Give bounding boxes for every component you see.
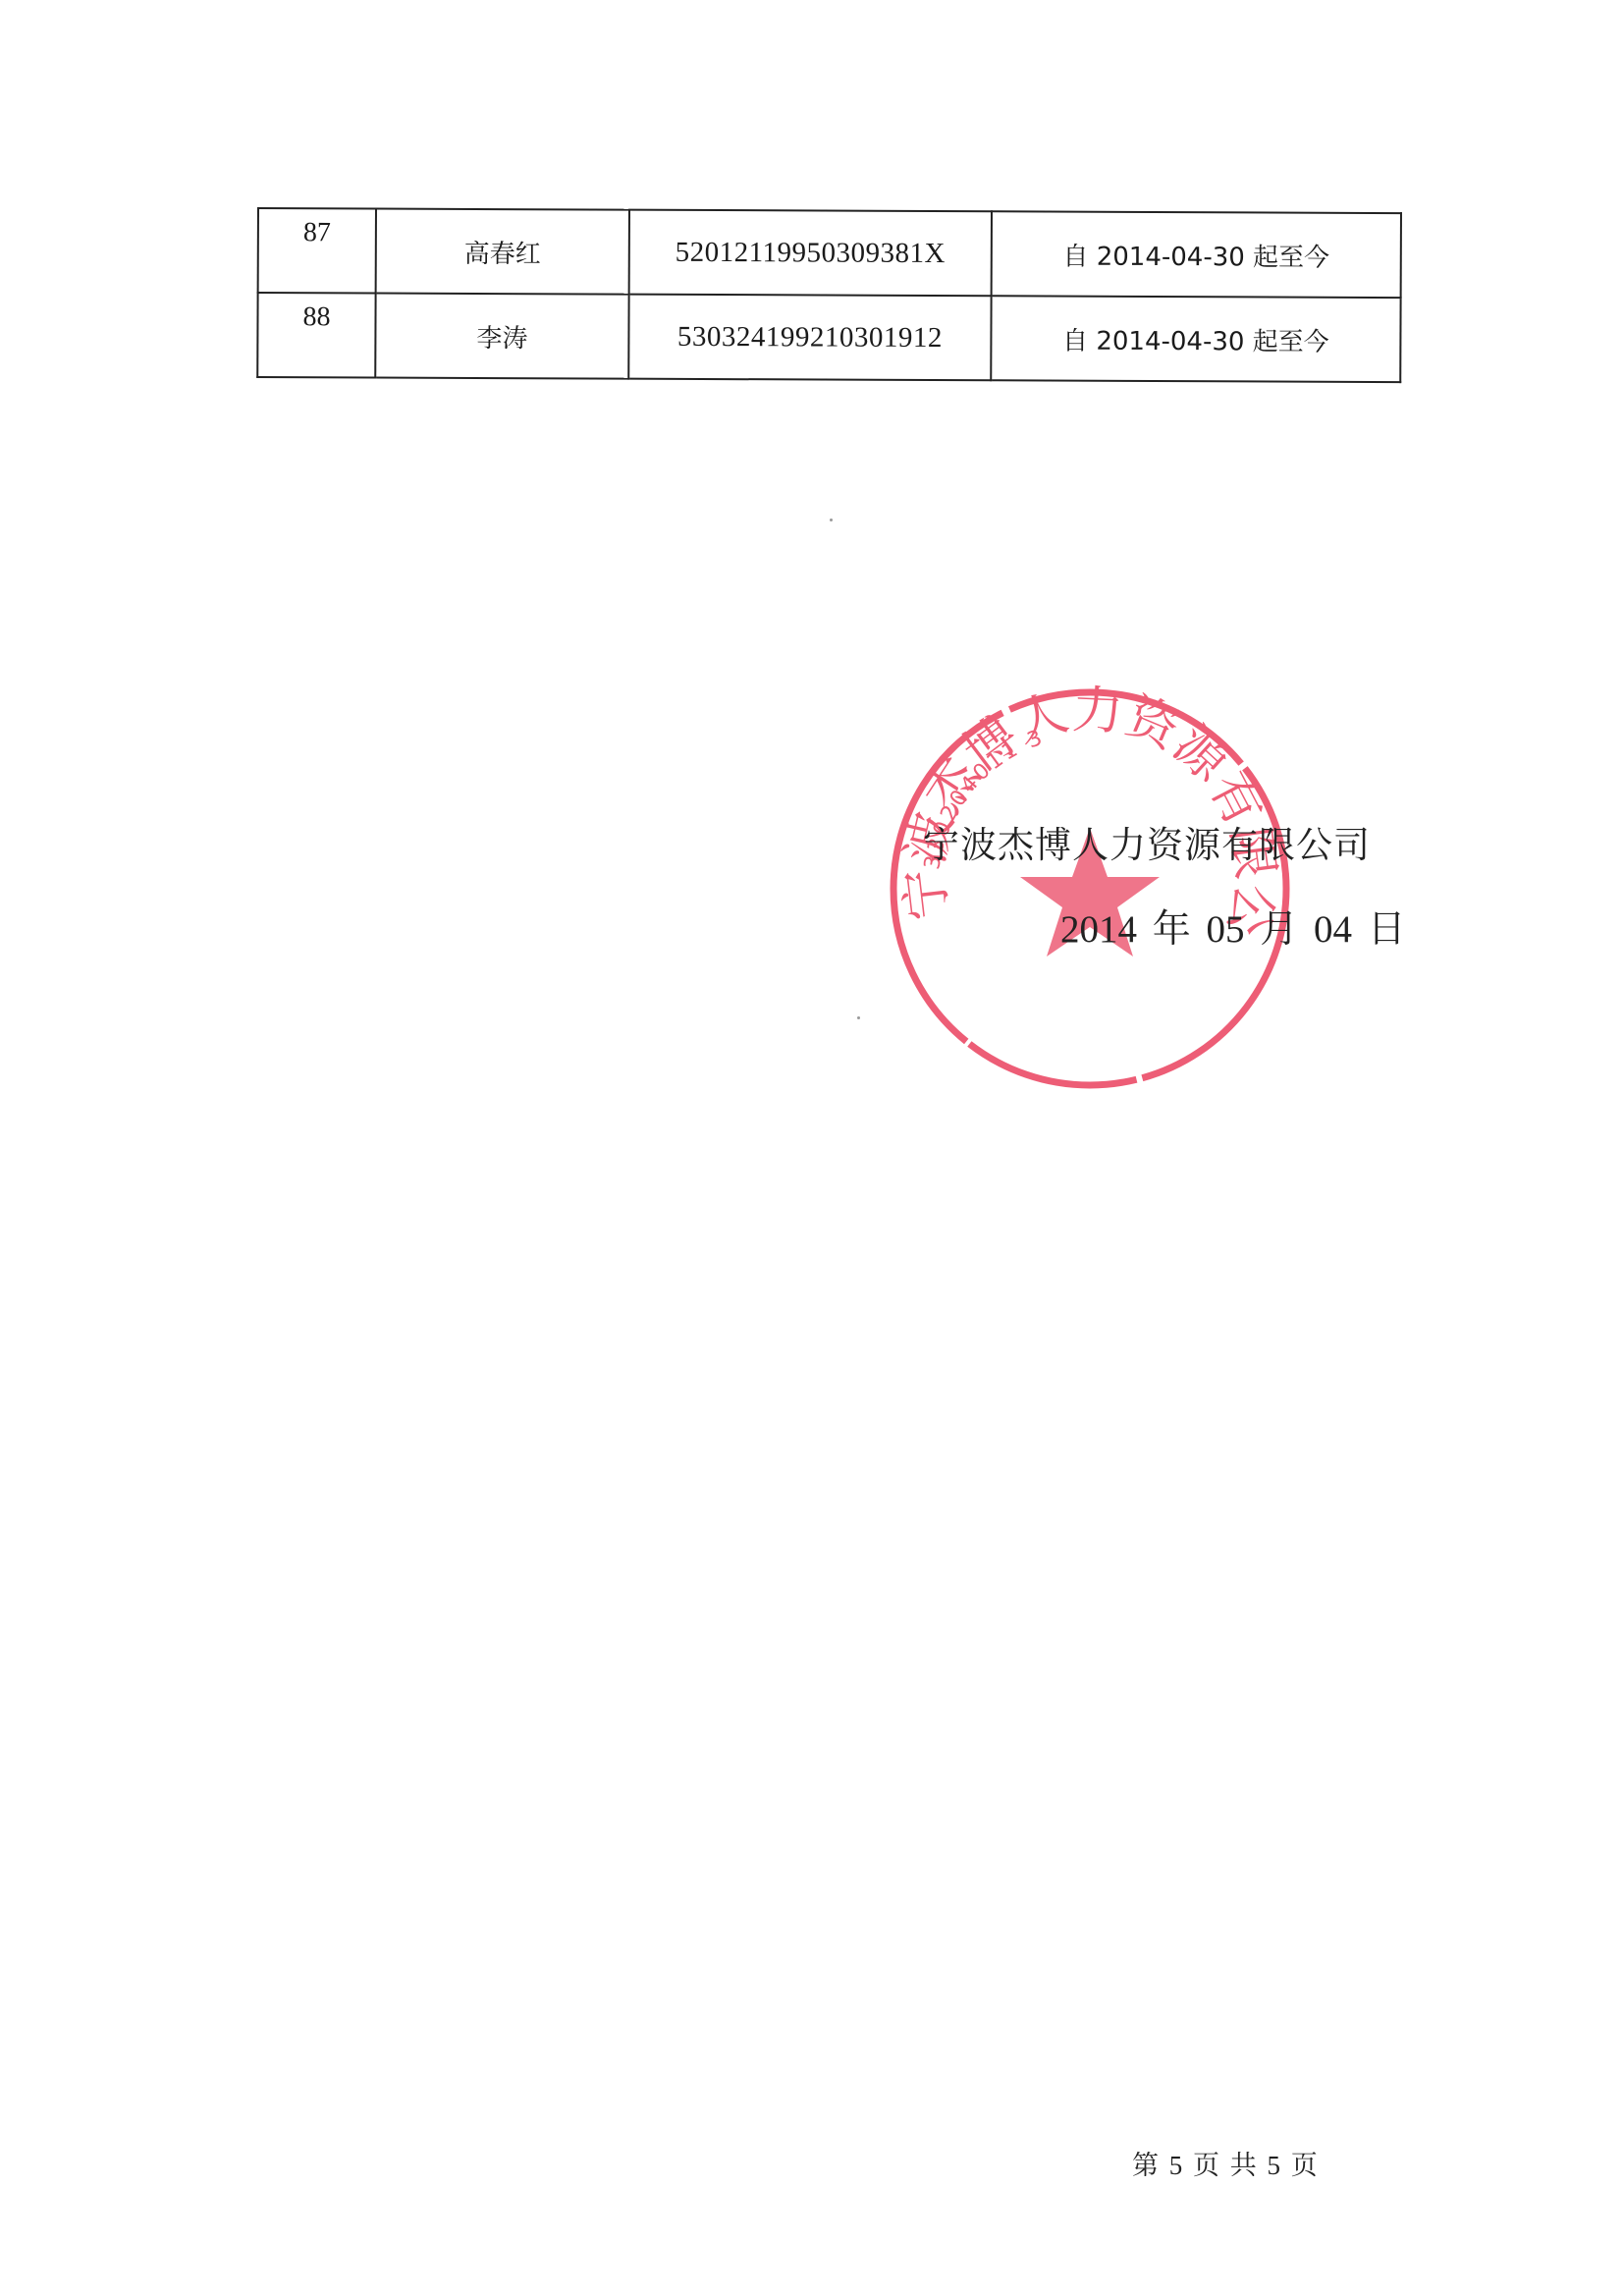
employee-name: 高春红: [376, 209, 629, 295]
employee-table: 87 高春红 52012119950309381X 自 2014-04-30 起…: [256, 207, 1402, 383]
table-row: 88 李涛 530324199210301912 自 2014-04-30 起至…: [257, 293, 1400, 382]
row-number: 88: [257, 293, 375, 378]
employment-period: 自 2014-04-30 起至今: [991, 296, 1400, 382]
signing-date: 2014 年 05 月 04 日: [1060, 899, 1406, 954]
employee-name: 李涛: [375, 294, 628, 379]
page-number: 第 5 页 共 5 页: [1132, 2144, 1318, 2182]
id-number: 530324199210301912: [628, 295, 991, 381]
employment-period: 自 2014-04-30 起至今: [992, 211, 1401, 298]
id-number: 52012119950309381X: [629, 210, 992, 297]
scan-speck: [830, 519, 833, 521]
company-seal-stamp: 宁波杰博人力资源有限公司 330204011 3: [884, 683, 1296, 1095]
signing-company: 宁波杰博人力资源有限公司: [923, 815, 1371, 868]
scan-speck: [857, 1016, 860, 1019]
row-number: 87: [258, 208, 376, 294]
table-row: 87 高春红 52012119950309381X 自 2014-04-30 起…: [258, 208, 1401, 298]
